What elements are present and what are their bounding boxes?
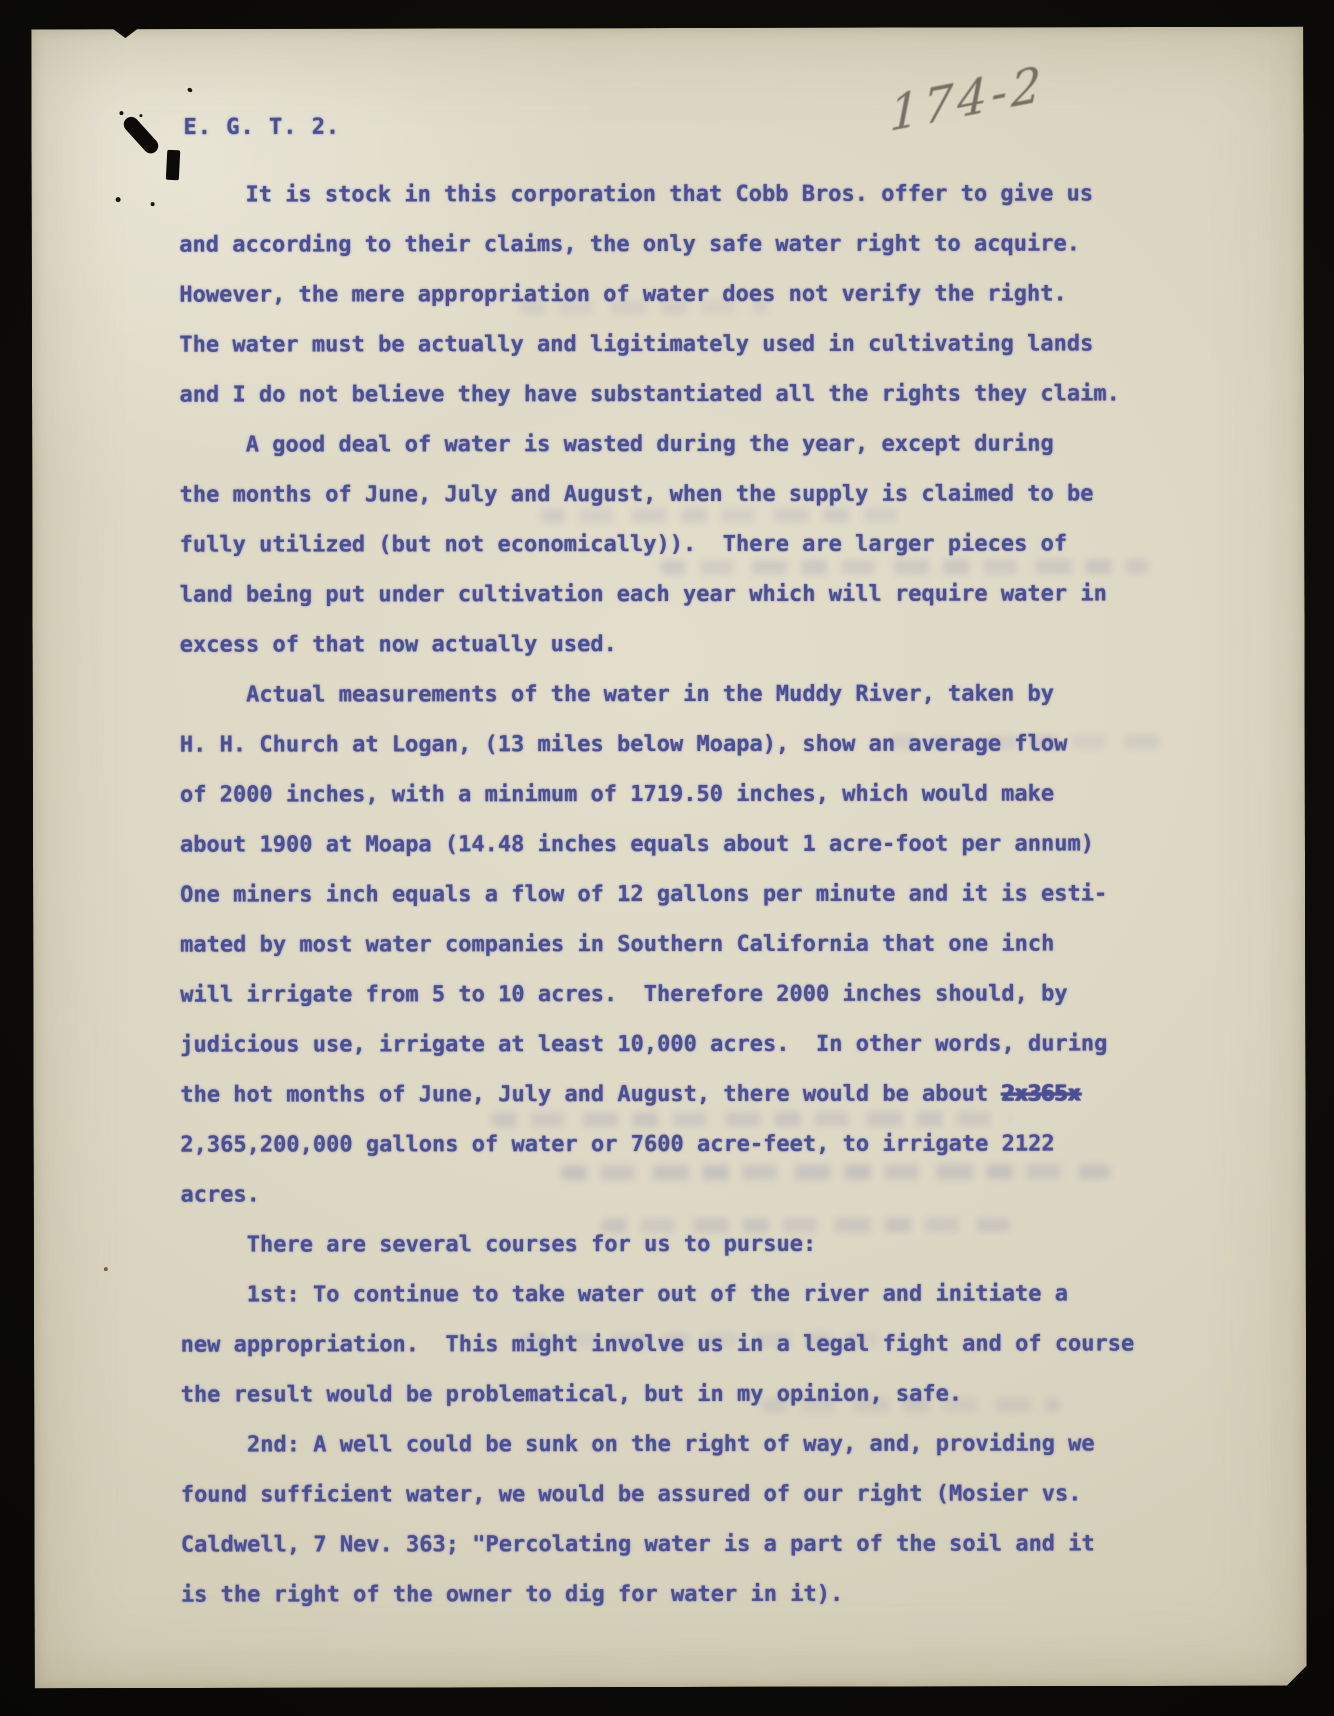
typewritten-line: excess of that now actually used. (180, 619, 1134, 670)
line-text: Actual measurements of the water in the … (180, 682, 1054, 708)
typewritten-line: the months of June, July and August, whe… (180, 469, 1134, 520)
typewritten-line: judicious use, irrigate at least 10,000 … (180, 1019, 1134, 1070)
line-text: H. H. Church at Logan, (13 miles below M… (180, 732, 1067, 758)
line-text: One miners inch equals a flow of 12 gall… (180, 881, 1107, 907)
line-text: excess of that now actually used. (180, 632, 617, 658)
paper-sheet: E. G. T. 2. 174-2 It is stock in this co… (31, 27, 1306, 1689)
staple-mark-diagonal (121, 114, 162, 157)
line-text: 1st: To continue to take water out of th… (181, 1282, 1068, 1308)
line-text: However, the mere appropriation of water… (179, 282, 1066, 308)
struck-out-text: 2x365x (1002, 1082, 1082, 1107)
typewritten-line: of 2000 inches, with a minimum of 1719.5… (180, 769, 1134, 820)
typewritten-line: land being put under cultivation each ye… (180, 569, 1134, 620)
typewritten-line: and according to their claims, the only … (179, 219, 1133, 270)
line-text: will irrigate from 5 to 10 acres. Theref… (180, 982, 1067, 1008)
line-text: It is stock in this corporation that Cob… (179, 181, 1093, 207)
typewritten-line: However, the mere appropriation of water… (179, 269, 1133, 320)
line-text: the months of June, July and August, whe… (180, 481, 1094, 507)
paper-speck (151, 202, 155, 206)
line-text: the hot months of June, July and August,… (180, 1082, 1001, 1108)
line-text: and according to their claims, the only … (179, 232, 1080, 258)
line-text: of 2000 inches, with a minimum of 1719.5… (180, 782, 1054, 808)
typewritten-line: found sufficient water, we would be assu… (181, 1469, 1135, 1520)
paper-speck (116, 197, 121, 202)
typewritten-line: Caldwell, 7 Nev. 363; "Percolating water… (181, 1519, 1135, 1570)
typewritten-line: acres. (180, 1169, 1134, 1220)
typewritten-line: Actual measurements of the water in the … (180, 669, 1134, 720)
photographed-document: { "page": { "header_code": "E. G. T. 2."… (0, 0, 1334, 1716)
line-text: the result would be problematical, but i… (181, 1382, 962, 1408)
line-text: is the right of the owner to dig for wat… (181, 1582, 843, 1608)
handwritten-page-number: 174-2 (889, 43, 1106, 143)
line-text: judicious use, irrigate at least 10,000 … (180, 1031, 1107, 1057)
typewritten-line: 2nd: A well could be sunk on the right o… (181, 1419, 1135, 1470)
line-text: The water must be actually and ligitimat… (179, 331, 1093, 357)
line-text: 2nd: A well could be sunk on the right o… (181, 1431, 1095, 1457)
typewritten-line: is the right of the owner to dig for wat… (181, 1569, 1135, 1620)
typewritten-line: A good deal of water is wasted during th… (179, 419, 1133, 470)
typewritten-line: One miners inch equals a flow of 12 gall… (180, 869, 1134, 920)
line-text: about 1900 at Moapa (14.48 inches equals… (180, 831, 1094, 857)
paper-speck (119, 111, 123, 115)
page-header-code: E. G. T. 2. (183, 113, 340, 143)
typewritten-line: new appropriation. This might involve us… (181, 1319, 1135, 1370)
paper-speck (104, 1267, 108, 1271)
typewritten-line: H. H. Church at Logan, (13 miles below M… (180, 719, 1134, 770)
typewritten-line: 2,365,200,000 gallons of water or 7600 a… (180, 1119, 1134, 1170)
typewritten-line: mated by most water companies in Souther… (180, 919, 1134, 970)
typewriter-body: It is stock in this corporation that Cob… (179, 169, 1134, 1620)
typewritten-line: and I do not believe they have substanti… (179, 369, 1133, 420)
typewritten-line: the hot months of June, July and August,… (180, 1069, 1134, 1120)
typewritten-line: about 1900 at Moapa (14.48 inches equals… (180, 819, 1134, 870)
typewritten-line: There are several courses for us to purs… (180, 1219, 1134, 1270)
paper-speck (139, 114, 142, 117)
line-text: new appropriation. This might involve us… (181, 1331, 1135, 1357)
typewritten-line: It is stock in this corporation that Cob… (179, 169, 1133, 220)
typewritten-line: will irrigate from 5 to 10 acres. Theref… (180, 969, 1134, 1020)
line-text: acres. (180, 1183, 260, 1208)
line-text: and I do not believe they have substanti… (179, 381, 1119, 407)
line-text: fully utilized (but not economically)). … (180, 532, 1067, 558)
typewritten-line: 1st: To continue to take water out of th… (181, 1269, 1135, 1320)
line-text: mated by most water companies in Souther… (180, 932, 1054, 958)
line-text: A good deal of water is wasted during th… (180, 432, 1054, 458)
typewritten-line: fully utilized (but not economically)). … (180, 519, 1134, 570)
line-text: found sufficient water, we would be assu… (181, 1482, 1082, 1508)
paper-speck (187, 87, 193, 93)
line-text: land being put under cultivation each ye… (180, 581, 1107, 607)
staple-mark-bar (166, 150, 180, 181)
line-text: There are several courses for us to purs… (180, 1232, 816, 1258)
typewritten-line: the result would be problematical, but i… (181, 1369, 1135, 1420)
line-text: Caldwell, 7 Nev. 363; "Percolating water… (181, 1531, 1095, 1557)
line-text: 2,365,200,000 gallons of water or 7600 a… (180, 1132, 1054, 1158)
typewritten-line: The water must be actually and ligitimat… (179, 319, 1133, 370)
